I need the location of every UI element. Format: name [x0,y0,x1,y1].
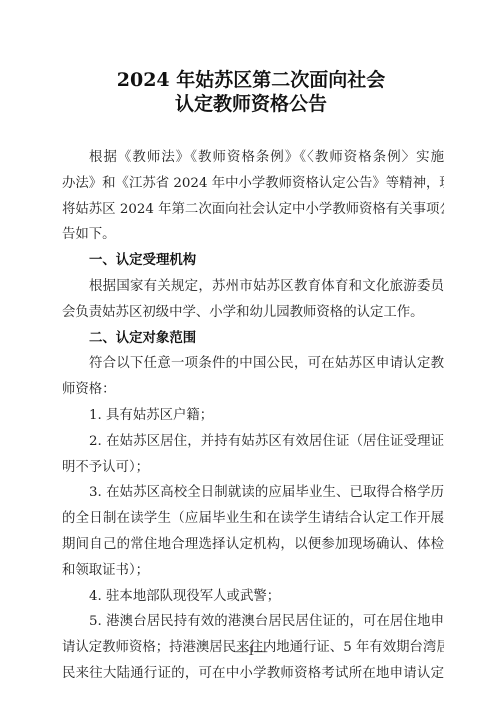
paragraph-line: 5. 港澳台居民持有效的港澳台居民居住证的，可在居住地申 [62,609,444,635]
paragraph-line: 1. 具有姑苏区户籍； [62,403,444,429]
document-body: 根据《教师法》《教师资格条例》《〈教师资格条例〉实施办法》和《江苏省 2024 … [62,145,444,687]
title-line-1: 2024 年姑苏区第二次面向社会 [0,68,502,92]
paragraph-line: 和领取证书）； [62,558,444,584]
paragraph-line: 师资格： [62,377,444,403]
paragraph-line: 的全日制在读学生（应届毕业生和在读学生请结合认定工作开展 [62,506,444,532]
paragraph-line: 明不予认可）； [62,455,444,481]
paragraph-line: 4. 驻本地部队现役军人或武警； [62,584,444,610]
document-page: 2024 年姑苏区第二次面向社会 认定教师资格公告 根据《教师法》《教师资格条例… [0,0,502,711]
paragraph-line: 会负责姑苏区初级中学、小学和幼儿园教师资格的认定工作。 [62,300,444,326]
paragraph-line: 根据《教师法》《教师资格条例》《〈教师资格条例〉实施 [62,145,444,171]
paragraph-line: 3. 在姑苏区高校全日制就读的应届毕业生、已取得合格学历 [62,480,444,506]
page-number: —1— [0,643,502,659]
paragraph-line: 告如下。 [62,222,444,248]
paragraph-line: 2. 在姑苏区居住，并持有姑苏区有效居住证（居住证受理证 [62,429,444,455]
paragraph-line: 期间自己的常住地合理选择认定机构，以便参加现场确认、体检 [62,532,444,558]
section-heading: 二、认定对象范围 [62,326,444,352]
paragraph-line: 符合以下任意一项条件的中国公民，可在姑苏区申请认定教 [62,351,444,377]
paragraph-line: 民来往大陆通行证的，可在中小学教师资格考试所在地申请认定 [62,661,444,687]
title-line-2: 认定教师资格公告 [0,92,502,116]
section-heading: 一、认定受理机构 [62,248,444,274]
paragraph-line: 根据国家有关规定，苏州市姑苏区教育体育和文化旅游委员 [62,274,444,300]
paragraph-line: 将姑苏区 2024 年第二次面向社会认定中小学教师资格有关事项公 [62,197,444,223]
paragraph-line: 办法》和《江苏省 2024 年中小学教师资格认定公告》等精神，现 [62,171,444,197]
